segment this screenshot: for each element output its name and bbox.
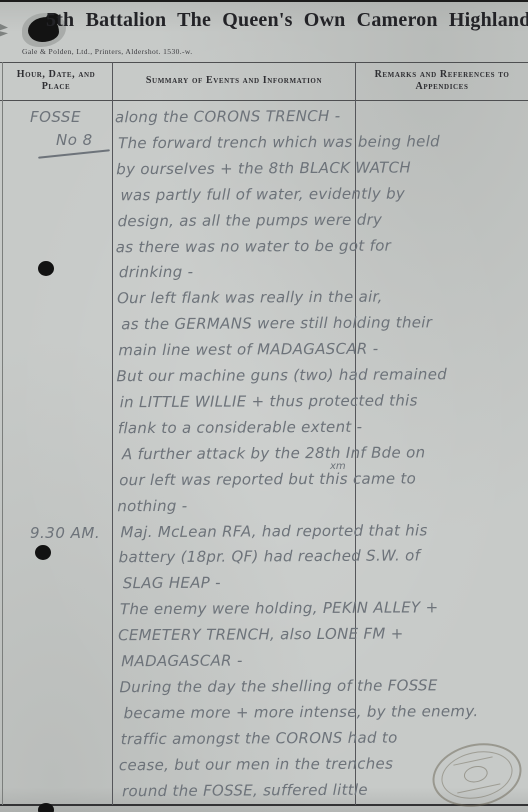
diary-line: A further attack by the 28th Inf Bde on xyxy=(122,440,523,468)
diary-line: as the GERMANS were still holding their xyxy=(121,310,522,338)
printer-imprint: Gale & Polden, Ltd., Printers, Aldershot… xyxy=(22,47,193,56)
diary-lines: along the CORONS TRENCH -The forward tre… xyxy=(115,103,525,805)
column-header-remarks: Remarks and References to Appendices xyxy=(362,63,522,99)
diary-line: flank to a considerable extent - xyxy=(118,414,523,442)
hole-punch-top xyxy=(38,261,54,276)
diary-line: nothing - xyxy=(117,491,523,519)
diary-line: drinking - xyxy=(119,258,522,286)
scan-corner-artifact xyxy=(0,22,8,38)
diary-line: our left was reported but this came to xyxy=(119,465,523,493)
diary-line: SLAG HEAP - xyxy=(123,569,524,597)
table-bottom-rule xyxy=(0,804,528,806)
diary-line: by ourselves + the 8th BLACK WATCH xyxy=(116,155,521,183)
diary-line: CEMETERY TRENCH, also LONE FM + xyxy=(118,621,524,649)
diary-line: as there was no water to be got for xyxy=(116,232,522,260)
diary-line: main line west of MADAGASCAR - xyxy=(118,336,522,364)
margin-place-line1: FOSSE xyxy=(30,108,81,126)
scan-edge-strip xyxy=(0,0,528,2)
column-header-summary: Summary of Events and Information xyxy=(116,63,352,99)
diary-line: MADAGASCAR - xyxy=(121,647,524,675)
diary-line: along the CORONS TRENCH - xyxy=(115,103,521,131)
inline-annotation: xm xyxy=(330,461,346,472)
column-divider-1 xyxy=(112,62,113,805)
margin-underline xyxy=(38,149,110,159)
hole-punch-middle xyxy=(35,545,51,560)
diary-line: battery (18pr. QF) had reached S.W. of xyxy=(119,543,524,571)
diary-line: Maj. McLean RFA, had reported that his xyxy=(120,517,523,545)
diary-line: was partly full of water, evidently by xyxy=(120,180,521,208)
diary-line: design, as all the pumps were dry xyxy=(118,206,522,234)
diary-line: During the day the shelling of the FOSSE xyxy=(119,673,524,701)
table-left-rule xyxy=(2,62,3,805)
table-header-rule xyxy=(0,100,528,101)
column-header-hour-date-place: Hour, Date, and Place xyxy=(4,63,108,99)
hole-punch-bottom xyxy=(38,803,54,812)
margin-place-line2: No 8 xyxy=(56,131,93,149)
diary-line: became more + more intense, by the enemy… xyxy=(124,699,525,727)
diary-line: Our left flank was really in the air, xyxy=(117,284,522,312)
diary-line: But our machine guns (two) had remained xyxy=(116,362,522,390)
war-diary-page: 5th Battalion The Queen's Own Cameron Hi… xyxy=(0,0,528,812)
diary-line: in LITTLE WILLIE + thus protected this xyxy=(120,388,523,416)
diary-line: The forward trench which was being held xyxy=(118,129,521,157)
page-title: 5th Battalion The Queen's Own Cameron Hi… xyxy=(46,9,490,32)
margin-time: 9.30 AM. xyxy=(30,524,100,542)
diary-line: The enemy were holding, PEKIN ALLEY + xyxy=(120,595,524,623)
